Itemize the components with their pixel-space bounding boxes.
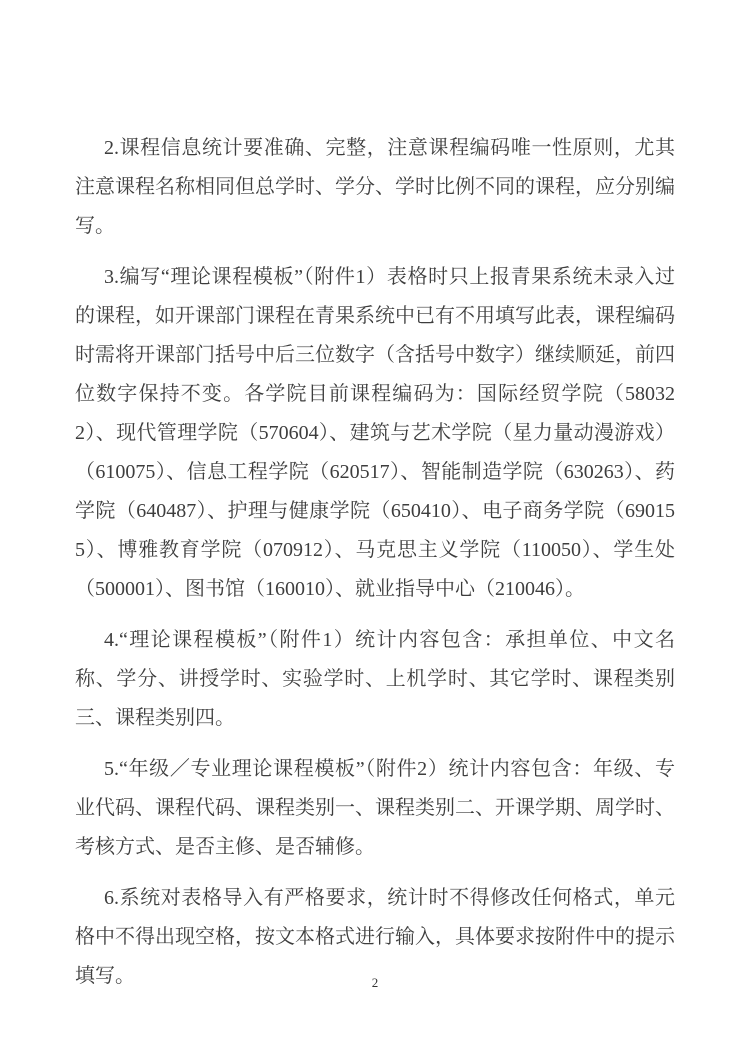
paragraph-3: 3.编写“理论课程模板”（附件1）表格时只上报青果系统未录入过的课程，如开课部门… — [75, 258, 675, 609]
paragraph-2: 2.课程信息统计要准确、完整，注意课程编码唯一性原则，尤其注意课程名称相同但总学… — [75, 129, 675, 246]
document-body: 2.课程信息统计要准确、完整，注意课程编码唯一性原则，尤其注意课程名称相同但总学… — [75, 129, 675, 1008]
paragraph-5: 5.“年级／专业理论课程模板”（附件2）统计内容包含：年级、专业代码、课程代码、… — [75, 750, 675, 867]
paragraph-4: 4.“理论课程模板”（附件1）统计内容包含：承担单位、中文名称、学分、讲授学时、… — [75, 621, 675, 738]
page-number: 2 — [0, 975, 750, 991]
document-page: 2.课程信息统计要准确、完整，注意课程编码唯一性原则，尤其注意课程名称相同但总学… — [0, 0, 750, 1061]
